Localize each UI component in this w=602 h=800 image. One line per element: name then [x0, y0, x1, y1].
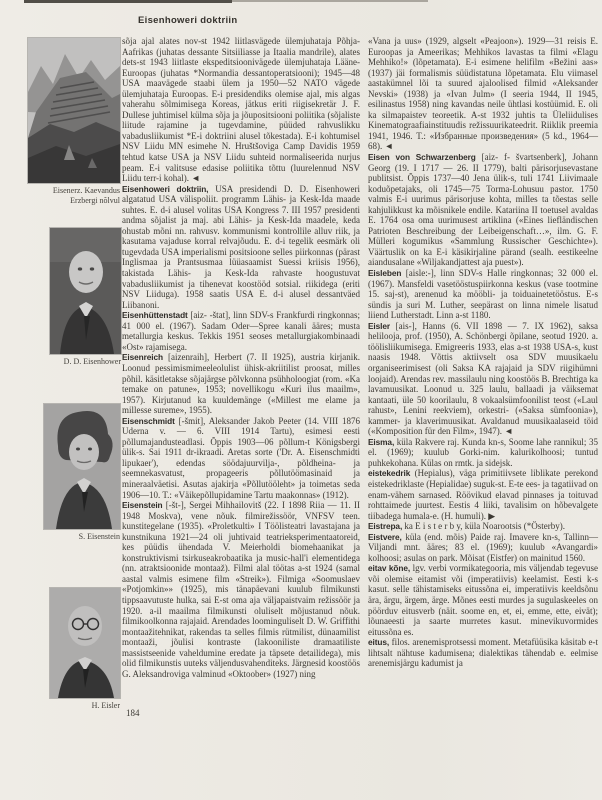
- entry-headword: Eisenhüttenstadt: [122, 310, 188, 320]
- eisenstein-portrait-photo: [44, 404, 120, 529]
- entry-headword: eistekedrik: [368, 468, 410, 478]
- entry-body: sõja ajal alates nov-st 1942 liitlasväge…: [122, 36, 360, 183]
- entry-headword: Eisenhoweri doktriin,: [122, 184, 208, 194]
- figure-caption-eisenerz: Eisenerz. Kaevandus Erzbergi nõlvul: [28, 186, 120, 205]
- entry-headword: Eisenreich: [122, 352, 163, 362]
- column-right: «Vana ja uus» (1929, algselt «Peajoon»).…: [368, 36, 598, 669]
- entry-body: [aiz- f- švartsenberk], Johann Georg (19…: [368, 152, 598, 267]
- entry-body: küla Rakvere raj. Kunda kn-s, Soome lahe…: [368, 437, 598, 468]
- figure-eisenhower: D. D. Eisenhower: [50, 228, 121, 367]
- eisenhower-portrait-photo: [50, 228, 121, 354]
- entry-body: [-šmit], Aleksander Jakob Peeter (14. VI…: [122, 416, 360, 500]
- entry-eisenschmidt: Eisenschmidt [-šmit], Aleksander Jakob P…: [122, 416, 360, 500]
- entry-headword: Eisenschmidt: [122, 416, 175, 426]
- entry-eisen-von-schwarzenberg: Eisen von Schwarzenberg [aiz- f- švartse…: [368, 152, 598, 268]
- entry-eisenhoweri-doktriin: Eisenhoweri doktriin, USA presidendi D. …: [122, 184, 360, 311]
- scan-edge-artifact-light: [232, 0, 428, 2]
- entry-body: «Vana ja uus» (1929, algselt «Peajoon»).…: [368, 36, 598, 151]
- entry-eistekedrik: eistekedrik (Hepialus), väga primitiivse…: [368, 468, 598, 521]
- figure-caption-eisler: H. Eisler: [50, 701, 120, 711]
- figure-caption-eisenstein: S. Eisenstein: [44, 532, 120, 542]
- entry-body: lgv. verbi vormikategooria, mis väljenda…: [368, 563, 598, 636]
- entry-body: ka E i s t e r b y, küla Noarootsis (*Ös…: [402, 521, 565, 531]
- eisler-portrait-photo: [50, 588, 120, 698]
- entry-body: USA presidendi D. D. Eisenhoweri algatat…: [122, 184, 360, 310]
- entry-body: filos. arenemisprotsessi moment. Metafüü…: [368, 637, 598, 668]
- entry-headword: Eisen von Schwarzenberg: [368, 152, 476, 162]
- running-head: Eisenhoweri doktriin: [138, 15, 237, 26]
- entry-body: [ais-], Hanns (6. VII 1898 — 7. IX 1962)…: [368, 321, 598, 436]
- entry-eisler: Eisler [ais-], Hanns (6. VII 1898 — 7. I…: [368, 321, 598, 437]
- eisenerz-mine-photo: [28, 38, 120, 183]
- entry-eisenhuttenstadt: Eisenhüttenstadt [aiz- -štat], linn SDV-…: [122, 310, 360, 352]
- figure-caption-eisenhower: D. D. Eisenhower: [50, 357, 121, 367]
- entry-eistvere: Eistvere, küla (end. mõis) Paide raj. Im…: [368, 532, 598, 564]
- entry-headword: Eisleben: [368, 268, 401, 278]
- figure-eisenerz: Eisenerz. Kaevandus Erzbergi nõlvul: [28, 38, 120, 205]
- entry-eisma: Eisma, küla Rakvere raj. Kunda kn-s, Soo…: [368, 437, 598, 469]
- entry-headword: Eistrepa,: [368, 521, 402, 531]
- entry-eisleben: Eisleben [aisle:-], linn SDV-s Halle rin…: [368, 268, 598, 321]
- entry-eistrepa: Eistrepa, ka E i s t e r b y, küla Noaro…: [368, 521, 598, 532]
- entry-eisenreich: Eisenreich [aizenraih], Herbert (7. II 1…: [122, 352, 360, 415]
- entry-body: küla (end. mõis) Paide raj. Imavere kn-s…: [368, 532, 598, 563]
- entry-eitus: eitus, filos. arenemisprotsessi moment. …: [368, 637, 598, 669]
- entry-body: [aisle:-], linn SDV-s Halle ringkonnas; …: [368, 268, 598, 320]
- figure-eisenstein: S. Eisenstein: [44, 404, 120, 542]
- entry-body: [-št-], Sergei Mihhailovitš (22. I 1898 …: [122, 500, 360, 679]
- scan-edge-artifact: [24, 0, 232, 3]
- entry-headword: Eistvere,: [368, 532, 402, 542]
- entry-eisenhower-continuation: sõja ajal alates nov-st 1942 liitlasväge…: [122, 36, 360, 184]
- entry-headword: Eisenstein: [122, 500, 163, 510]
- figure-eisler: H. Eisler: [50, 588, 120, 711]
- page-number: 184: [126, 708, 140, 718]
- entry-headword: Eisler: [368, 321, 390, 331]
- column-left: sõja ajal alates nov-st 1942 liitlasväge…: [122, 36, 360, 679]
- entry-headword: eitav kõne,: [368, 563, 410, 573]
- entry-headword: eitus,: [368, 637, 389, 647]
- entry-headword: Eisma,: [368, 437, 394, 447]
- entry-eitav-kone: eitav kõne, lgv. verbi vormikategooria, …: [368, 563, 598, 637]
- entry-eisenstein-continuation: «Vana ja uus» (1929, algselt «Peajoon»).…: [368, 36, 598, 152]
- encyclopedia-page: Eisenhoweri doktriin Eisenerz. Kaevandus…: [0, 0, 602, 800]
- entry-eisenstein: Eisenstein [-št-], Sergei Mihhailovitš (…: [122, 500, 360, 679]
